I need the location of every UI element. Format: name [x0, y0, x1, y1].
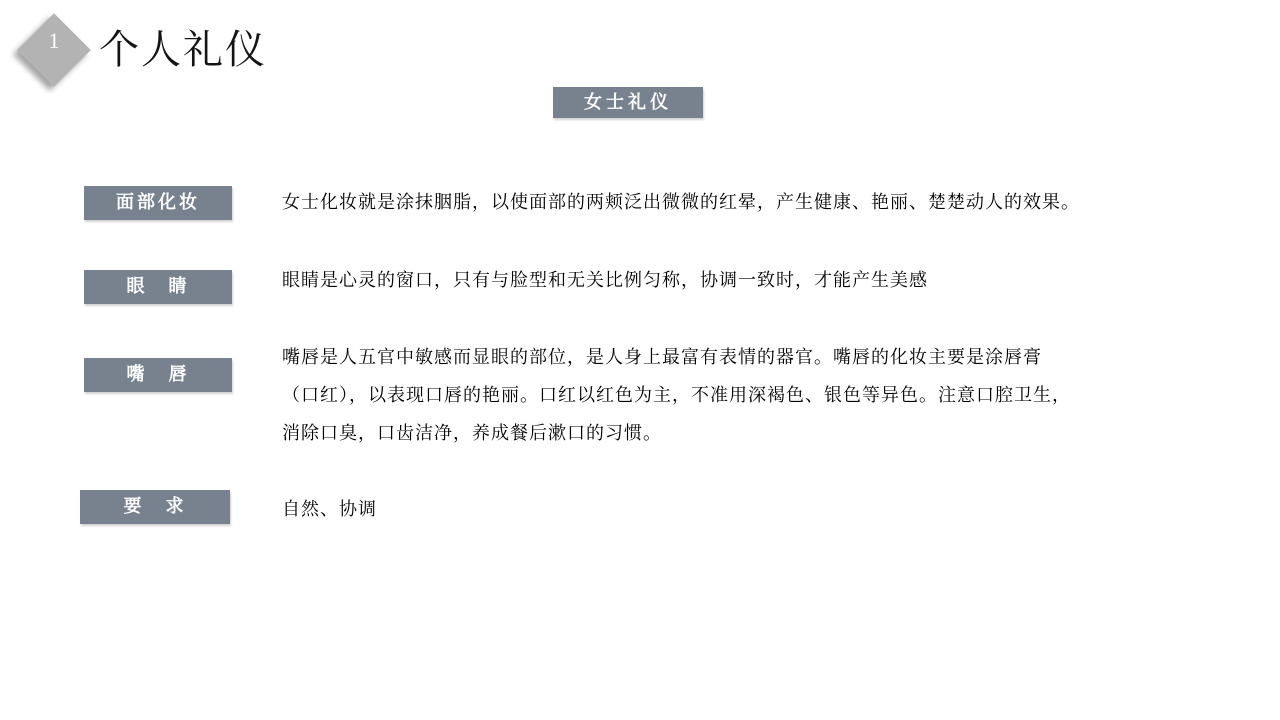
row-label-requirements: 要 求: [80, 490, 230, 524]
row-label-lips: 嘴 唇: [84, 358, 232, 392]
row-label-eyes: 眼 睛: [84, 270, 232, 304]
row-text-facial-makeup: 女士化妆就是涂抹胭脂，以使面部的两颊泛出微微的红晕，产生健康、艳丽、楚楚动人的效…: [282, 184, 1182, 222]
slide-canvas: 1 个人礼仪 女士礼仪 面部化妆 女士化妆就是涂抹胭脂，以使面部的两颊泛出微微的…: [0, 0, 1280, 720]
row-text-lips: 嘴唇是人五官中敏感而显眼的部位，是人身上最富有表情的器官。嘴唇的化妆主要是涂唇膏…: [282, 339, 1074, 453]
row-text-eyes: 眼睛是心灵的窗口，只有与脸型和无关比例匀称，协调一致时，才能产生美感: [282, 262, 1182, 300]
section-badge: 女士礼仪: [553, 87, 703, 118]
page-number: 1: [34, 26, 74, 56]
row-text-requirements: 自然、协调: [282, 491, 1182, 529]
slide-title: 个人礼仪: [99, 18, 267, 75]
row-label-facial-makeup: 面部化妆: [84, 186, 232, 220]
